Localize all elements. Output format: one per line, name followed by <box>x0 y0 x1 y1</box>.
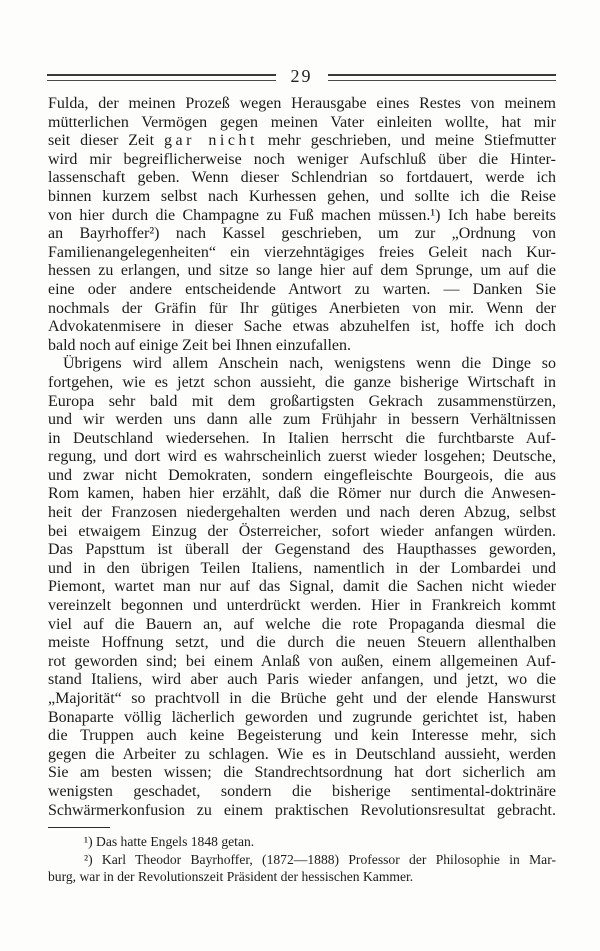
text-line: vereinzelt begonnen und unterdrückt werd… <box>48 597 556 616</box>
footnote-line: ²) Karl Theodor Bayrhoffer, (1872—1888) … <box>48 851 556 868</box>
text-line: gegen die Arbeiter zu schlagen. Wie es i… <box>48 746 556 765</box>
text-line: und zwar nicht Demokraten, sondern einge… <box>48 467 556 486</box>
text-line: mütterlichen Vermögen gegen meinen Vater… <box>48 114 556 133</box>
text-line: Rom kamen, haben hier erzählt, daß die R… <box>48 485 556 504</box>
header-rule-left <box>47 74 276 81</box>
footnotes-section: ¹) Das hatte Engels 1848 getan. ²) Karl … <box>48 827 556 885</box>
text-line: Sie am besten wissen; die Standrechtsord… <box>48 764 556 783</box>
page-header: 29 <box>47 68 556 86</box>
header-rule-right <box>328 74 557 81</box>
footnote-1: ¹) Das hatte Engels 1848 getan. <box>48 833 556 850</box>
text-line: und in den übrigen Teilen Italiens, name… <box>48 560 556 579</box>
text-line: Übrigens wird allem Anschein nach, wenig… <box>48 355 556 374</box>
text-line: viel auf die Bauern an, auf welche die r… <box>48 616 556 635</box>
footnote-2: ²) Karl Theodor Bayrhoffer, (1872—1888) … <box>48 851 556 886</box>
text-line: Das Papsttum ist überall der Gegenstand … <box>48 541 556 560</box>
text-line: seit dieser Zeit gar nicht mehr geschrie… <box>48 132 556 151</box>
text-run: mehr geschrieben, und meine Stiefmutter <box>258 132 556 149</box>
text-line: wird mir begreiflicherweise noch weniger… <box>48 151 556 170</box>
text-run: seit dieser Zeit <box>48 132 164 149</box>
text-line: stand Italiens, wird aber auch Paris wie… <box>48 671 556 690</box>
text-line: von hier durch die Champagne zu Fuß mach… <box>48 207 556 226</box>
letterspaced-emphasis: gar nicht <box>164 132 258 149</box>
text-line: wenigsten geschadet, sondern die bisheri… <box>48 783 556 802</box>
text-line: rot geworden sind; bei einem Anlaß von a… <box>48 653 556 672</box>
text-line: Piemont, wartet man nur auf das Signal, … <box>48 578 556 597</box>
page-number: 29 <box>291 67 313 85</box>
text-line: nochmals der Gräfin für Ihr gütiges Aner… <box>48 300 556 319</box>
footnote-line: burg, war in der Revolutionszeit Präside… <box>48 868 556 885</box>
text-line: Bonaparte völlig lächerlich geworden und… <box>48 709 556 728</box>
text-line: binnen kurzem selbst nach Kurhessen gehe… <box>48 188 556 207</box>
text-line: und wir werden uns dann alle zum Frühjah… <box>48 411 556 430</box>
text-line: Schwärmerkonfusion zu einem praktischen … <box>48 802 556 821</box>
text-line: lassenschaft geben. Wenn dieser Schlendr… <box>48 169 556 188</box>
text-line: Advokatenmisere in dieser Sache etwas ab… <box>48 318 556 337</box>
text-line: an Bayrhoffer²) nach Kassel geschrieben,… <box>48 225 556 244</box>
text-line: fortgehen, wie es jetzt schon aussieht, … <box>48 374 556 393</box>
text-line: Europa sehr bald mit dem großartigsten G… <box>48 393 556 412</box>
text-line: Familienangelegenheiten“ ein vierzehntäg… <box>48 244 556 263</box>
footnote-line: ¹) Das hatte Engels 1848 getan. <box>48 833 556 850</box>
text-line: heit der Franzosen niedergehalten werden… <box>48 504 556 523</box>
text-line: die Truppen auch keine Begeisterung und … <box>48 727 556 746</box>
paragraph-2: Übrigens wird allem Anschein nach, wenig… <box>48 355 556 820</box>
text-line: Fulda, der meinen Prozeß wegen Herausgab… <box>48 95 556 114</box>
text-line: in Deutschland wiedersehen. In Italien h… <box>48 430 556 449</box>
text-line: regung, und dort wird es wahrscheinlich … <box>48 448 556 467</box>
text-block: Fulda, der meinen Prozeß wegen Herausgab… <box>48 95 556 885</box>
text-line: hessen zu erlangen, und sitze so lange h… <box>48 262 556 281</box>
text-line: bald noch auf einige Zeit bei Ihnen einz… <box>48 337 556 356</box>
book-page: 29 Fulda, der meinen Prozeß wegen Heraus… <box>0 0 600 951</box>
text-line: meiste Hoffnung setzt, und die durch die… <box>48 634 556 653</box>
text-line: bei etwaigem Einzug der Österreicher, so… <box>48 523 556 542</box>
text-line: „Majorität“ so prachtvoll in die Brüche … <box>48 690 556 709</box>
text-line: eine oder andere entscheidende Antwort z… <box>48 281 556 300</box>
paragraph-1: Fulda, der meinen Prozeß wegen Herausgab… <box>48 95 556 355</box>
footnote-separator-rule <box>48 827 110 828</box>
